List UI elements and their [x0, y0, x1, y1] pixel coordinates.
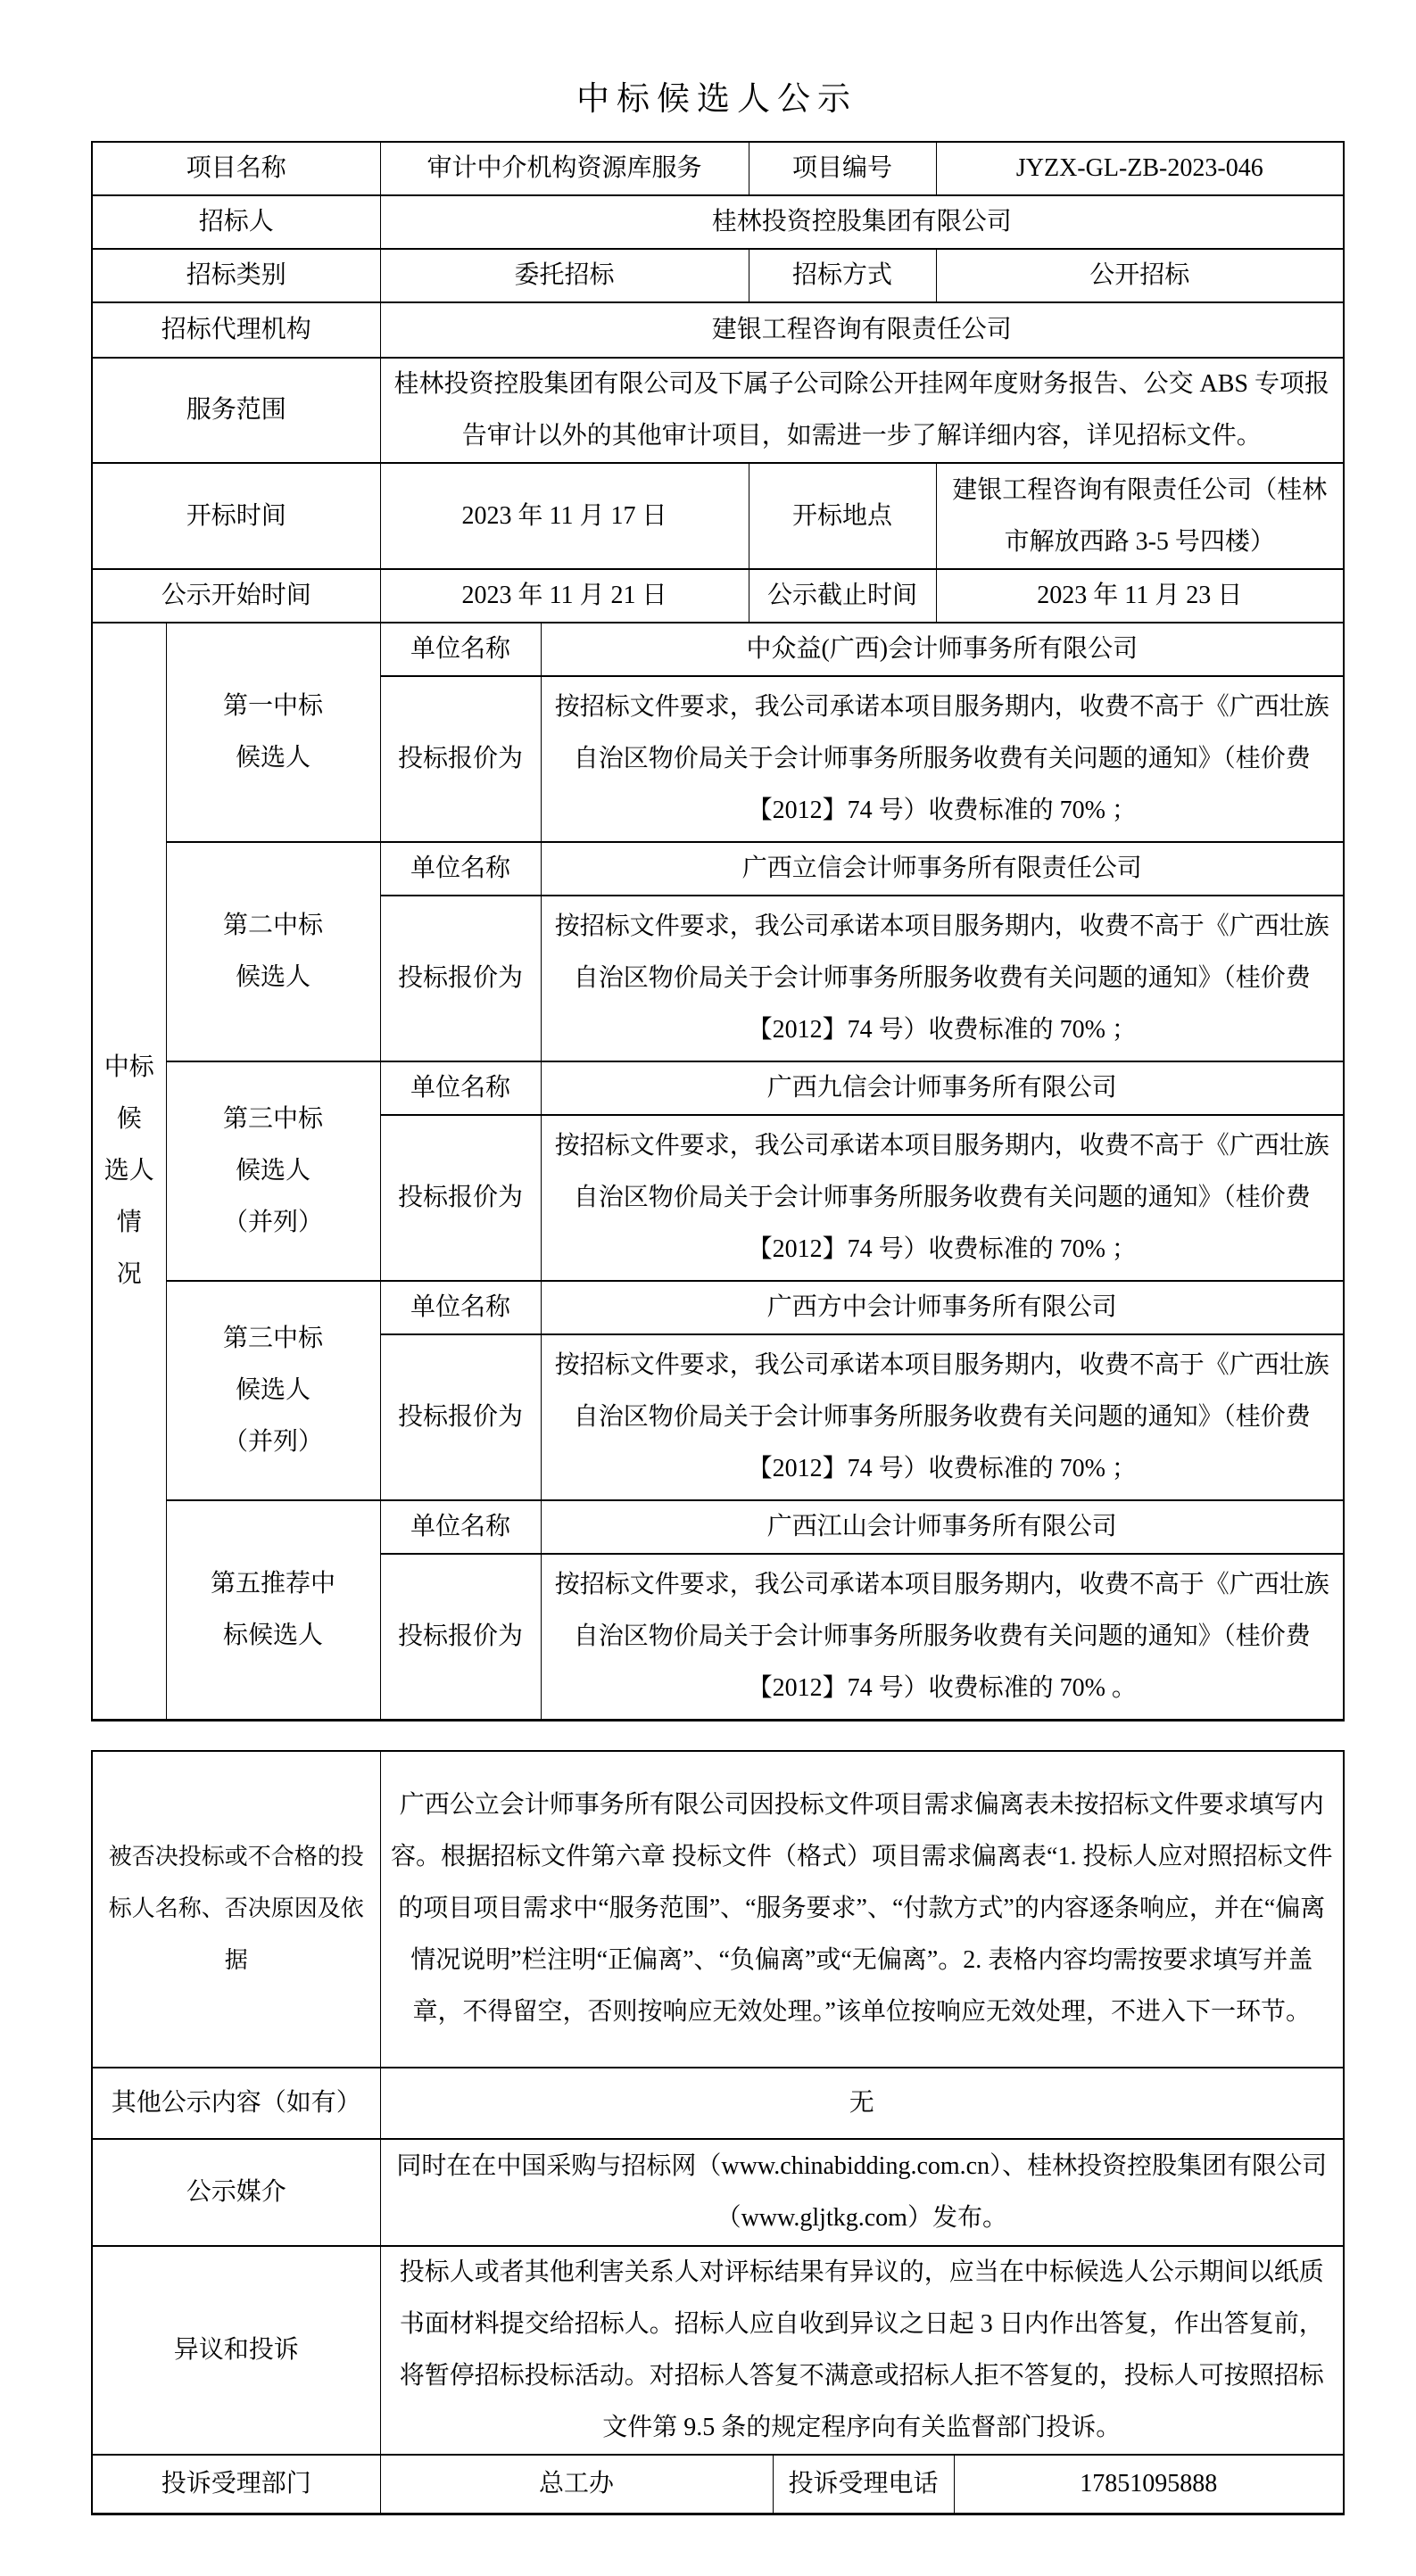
- complaint-dept-label: 投诉受理部门: [92, 2455, 380, 2514]
- opening-place-value: 建银工程咨询有限责任公司（桂林市解放西路 3-5 号四楼）: [936, 463, 1344, 569]
- candidate-price: 按招标文件要求，我公司承诺本项目服务期内，收费不高于《广西壮族自治区物价局关于会…: [541, 896, 1344, 1061]
- candidate-name: 广西方中会计师事务所有限公司: [541, 1281, 1344, 1334]
- unit-name-label: 单位名称: [380, 842, 541, 896]
- announcement-table: 项目名称 审计中介机构资源库服务 项目编号 JYZX-GL-ZB-2023-04…: [91, 141, 1345, 1721]
- project-no-value: JYZX-GL-ZB-2023-046: [936, 142, 1344, 195]
- tenderee-value: 桂林投资控股集团有限公司: [380, 195, 1344, 249]
- document-page: 中标候选人公示 项目名称 审计中介机构资源库服务 项目编号 JYZX-GL-ZB…: [91, 78, 1343, 2515]
- agency-value: 建银工程咨询有限责任公司: [380, 302, 1344, 358]
- unit-name-label: 单位名称: [380, 623, 541, 676]
- agency-label: 招标代理机构: [92, 302, 380, 358]
- candidate-name: 广西江山会计师事务所有限公司: [541, 1500, 1344, 1554]
- other-content-value: 无: [380, 2068, 1344, 2139]
- publicity-media-value: 同时在在中国采购与招标网（www.chinabidding.com.cn）、桂林…: [380, 2139, 1344, 2246]
- bid-method-value: 公开招标: [936, 249, 1344, 302]
- page-title: 中标候选人公示: [91, 78, 1343, 120]
- project-name-label: 项目名称: [92, 142, 380, 195]
- price-label: 投标报价为: [380, 1554, 541, 1720]
- publicity-end-value: 2023 年 11 月 23 日: [936, 569, 1344, 623]
- opening-place-label: 开标地点: [749, 463, 936, 569]
- candidate-rank: 第五推荐中 标候选人: [166, 1500, 380, 1720]
- price-label: 投标报价为: [380, 1115, 541, 1281]
- bid-category-label: 招标类别: [92, 249, 380, 302]
- unit-name-label: 单位名称: [380, 1281, 541, 1334]
- publicity-start-value: 2023 年 11 月 21 日: [380, 569, 749, 623]
- candidate-name: 广西立信会计师事务所有限责任公司: [541, 842, 1344, 896]
- project-no-label: 项目编号: [749, 142, 936, 195]
- complaint-dept-value: 总工办: [380, 2455, 773, 2514]
- candidates-section-label: 中标候 选人情 况: [92, 623, 166, 1720]
- unit-name-label: 单位名称: [380, 1500, 541, 1554]
- complaint-phone-value: 17851095888: [954, 2455, 1344, 2514]
- other-content-label: 其他公示内容（如有）: [92, 2068, 380, 2139]
- publicity-end-label: 公示截止时间: [749, 569, 936, 623]
- candidate-price: 按招标文件要求，我公司承诺本项目服务期内，收费不高于《广西壮族自治区物价局关于会…: [541, 1554, 1344, 1720]
- tenderee-label: 招标人: [92, 195, 380, 249]
- project-name-value: 审计中介机构资源库服务: [380, 142, 749, 195]
- candidate-rank: 第三中标 候选人 （并列）: [166, 1281, 380, 1500]
- scope-label: 服务范围: [92, 358, 380, 463]
- candidate-price: 按招标文件要求，我公司承诺本项目服务期内，收费不高于《广西壮族自治区物价局关于会…: [541, 676, 1344, 842]
- objection-complaint-value: 投标人或者其他利害关系人对评标结果有异议的，应当在中标候选人公示期间以纸质书面材…: [380, 2246, 1344, 2455]
- candidate-price: 按招标文件要求，我公司承诺本项目服务期内，收费不高于《广西壮族自治区物价局关于会…: [541, 1334, 1344, 1500]
- unit-name-label: 单位名称: [380, 1061, 541, 1115]
- publicity-start-label: 公示开始时间: [92, 569, 380, 623]
- price-label: 投标报价为: [380, 896, 541, 1061]
- price-label: 投标报价为: [380, 676, 541, 842]
- bid-category-value: 委托招标: [380, 249, 749, 302]
- candidate-rank: 第二中标 候选人: [166, 842, 380, 1061]
- candidate-name: 广西九信会计师事务所有限公司: [541, 1061, 1344, 1115]
- rejected-bidders-label: 被否决投标或不合格的投 标人名称、否决原因及依据: [92, 1751, 380, 2068]
- rejected-bidders-value: 广西公立会计师事务所有限公司因投标文件项目需求偏离表未按招标文件要求填写内容。根…: [380, 1751, 1344, 2068]
- objection-complaint-label: 异议和投诉: [92, 2246, 380, 2455]
- publicity-details-table: 被否决投标或不合格的投 标人名称、否决原因及依据 广西公立会计师事务所有限公司因…: [91, 1750, 1345, 2516]
- candidate-rank: 第一中标 候选人: [166, 623, 380, 842]
- complaint-phone-label: 投诉受理电话: [773, 2455, 954, 2514]
- price-label: 投标报价为: [380, 1334, 541, 1500]
- publicity-media-label: 公示媒介: [92, 2139, 380, 2246]
- opening-time-label: 开标时间: [92, 463, 380, 569]
- candidate-name: 中众益(广西)会计师事务所有限公司: [541, 623, 1344, 676]
- opening-time-value: 2023 年 11 月 17 日: [380, 463, 749, 569]
- candidate-rank: 第三中标 候选人 （并列）: [166, 1061, 380, 1281]
- bid-method-label: 招标方式: [749, 249, 936, 302]
- candidate-price: 按招标文件要求，我公司承诺本项目服务期内，收费不高于《广西壮族自治区物价局关于会…: [541, 1115, 1344, 1281]
- scope-value: 桂林投资控股集团有限公司及下属子公司除公开挂网年度财务报告、公交 ABS 专项报…: [380, 358, 1344, 463]
